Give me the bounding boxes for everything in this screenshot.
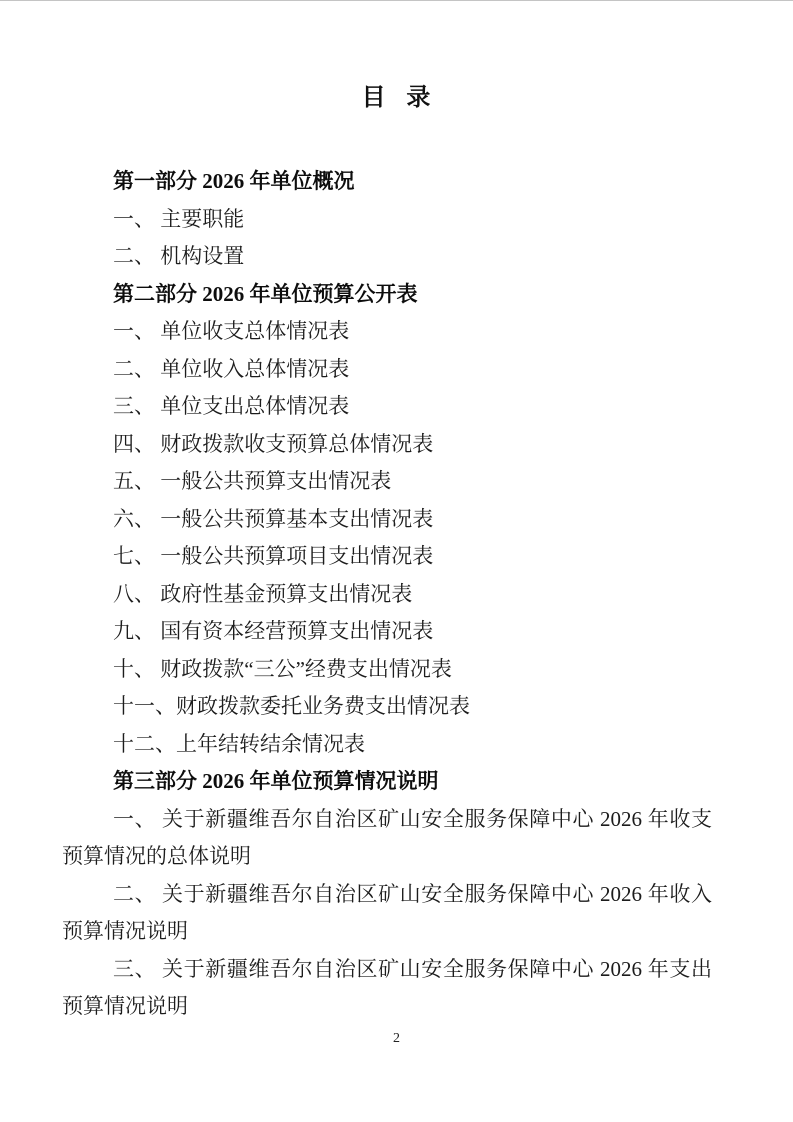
- toc-section-3-heading: 第三部分 2026 年单位预算情况说明: [62, 763, 712, 801]
- toc-item: 六、 一般公共预算基本支出情况表: [62, 501, 712, 539]
- toc-item: 一、 主要职能: [62, 201, 712, 239]
- toc-item: 八、 政府性基金预算支出情况表: [62, 576, 712, 614]
- toc-paragraph: 一、 关于新疆维吾尔自治区矿山安全服务保障中心 2026 年收支预算情况的总体说…: [62, 801, 712, 876]
- toc-item: 九、 国有资本经营预算支出情况表: [62, 613, 712, 651]
- toc-section-2-heading: 第二部分 2026 年单位预算公开表: [62, 276, 712, 314]
- toc-item: 十二、上年结转结余情况表: [62, 726, 712, 764]
- toc-section-1-heading: 第一部分 2026 年单位概况: [62, 163, 712, 201]
- toc-item: 二、 单位收入总体情况表: [62, 351, 712, 389]
- toc-content: 第一部分 2026 年单位概况 一、 主要职能 二、 机构设置 第二部分 202…: [0, 163, 793, 1026]
- toc-item: 七、 一般公共预算项目支出情况表: [62, 538, 712, 576]
- page-title: 目 录: [0, 86, 793, 110]
- toc-item: 三、 单位支出总体情况表: [62, 388, 712, 426]
- toc-item: 一、 单位收支总体情况表: [62, 313, 712, 351]
- toc-item: 四、 财政拨款收支预算总体情况表: [62, 426, 712, 464]
- toc-item: 五、 一般公共预算支出情况表: [62, 463, 712, 501]
- toc-paragraph: 二、 关于新疆维吾尔自治区矿山安全服务保障中心 2026 年收入预算情况说明: [62, 876, 712, 951]
- page-number: 2: [0, 1029, 793, 1049]
- toc-paragraph: 三、 关于新疆维吾尔自治区矿山安全服务保障中心 2026 年支出预算情况说明: [62, 951, 712, 1026]
- toc-item: 二、 机构设置: [62, 238, 712, 276]
- toc-item: 十、 财政拨款“三公”经费支出情况表: [62, 651, 712, 689]
- toc-item: 十一、财政拨款委托业务费支出情况表: [62, 688, 712, 726]
- document-page: 目 录 第一部分 2026 年单位概况 一、 主要职能 二、 机构设置 第二部分…: [0, 0, 793, 1122]
